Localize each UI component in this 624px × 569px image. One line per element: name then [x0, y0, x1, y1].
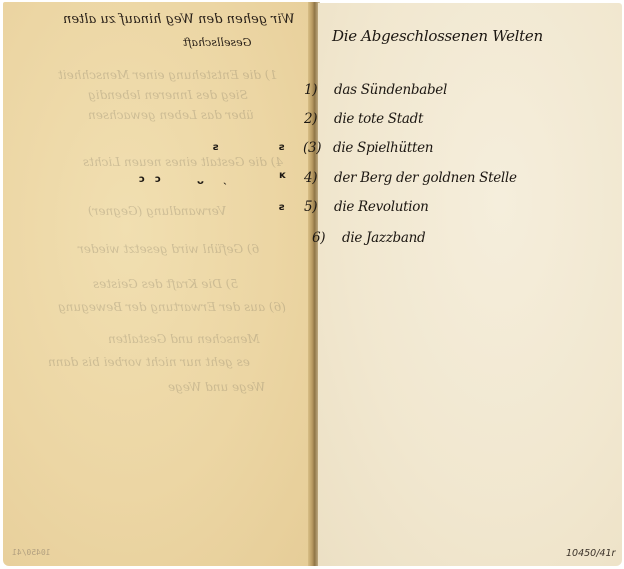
ink-mark: ƨ: [213, 142, 219, 153]
mirrored-heading-line-1: Wir gehen den Weg hinauf zu alten: [63, 12, 295, 27]
bleed-line: 5) Die Kraft des Geistes: [93, 277, 238, 291]
bleed-line: Wege und Wege: [168, 380, 265, 394]
bleed-line: Verwandlung (Gegner): [88, 204, 226, 218]
archive-stamp-left: 10450/41: [12, 548, 51, 557]
ink-mark: ɔ: [155, 174, 161, 185]
bleed-line: Sieg des Inneren lebendig: [88, 88, 248, 102]
manuscript-scan: Wir gehen den Weg hinauf zu alten Gesell…: [0, 0, 624, 569]
bleed-line: 4) die Gestalt eines neuen Lichts: [83, 155, 283, 169]
archive-number: 10450/41r: [566, 548, 615, 559]
page-title: Die Abgeschlossenen Welten: [332, 27, 543, 45]
ink-mark: ƨ: [279, 142, 285, 153]
list-item: (3) die Spielhütten: [303, 140, 433, 156]
bleed-line: Menschen und Gestalten: [108, 332, 260, 346]
bleed-line: (6) aus der Erwartung der Bewegung: [58, 300, 286, 314]
bleed-line: es geht nur nicht vorbei bis dann: [48, 355, 250, 369]
left-page: Wir gehen den Weg hinauf zu alten Gesell…: [3, 2, 311, 566]
list-text: der Berg der goldnen Stelle: [334, 170, 517, 186]
bleed-line: 6) Gefühl wird gesetzt wieder: [78, 242, 259, 256]
ink-mark: ɔ: [139, 174, 145, 185]
ink-mark: ˎ: [223, 174, 228, 185]
list-number: 2): [304, 111, 330, 127]
list-number: 4): [304, 170, 330, 186]
list-number: 1): [304, 82, 330, 98]
list-text: das Sündenbabel: [334, 82, 447, 98]
list-text: die Jazzband: [342, 230, 425, 246]
list-item: 2) die tote Stadt: [304, 111, 423, 127]
bleed-line: 1) die Entstehung einer Menschheit: [58, 68, 277, 82]
list-number: 5): [304, 199, 330, 215]
ink-mark: ƨ: [279, 202, 285, 213]
bleed-line: über das Leben gewachsen: [88, 108, 254, 122]
list-item: 1) das Sündenbabel: [304, 82, 447, 98]
ink-mark: ᴗ: [197, 176, 204, 187]
list-text: die Spielhütten: [333, 140, 433, 156]
list-number: (3): [303, 140, 329, 156]
list-number: 6): [312, 230, 338, 246]
ink-mark: ᴋ: [279, 170, 286, 181]
list-item: 6) die Jazzband: [312, 230, 425, 246]
list-text: die tote Stadt: [334, 111, 423, 127]
list-item: 5) die Revolution: [304, 199, 429, 215]
mirrored-heading-line-2: Gesellschaft: [183, 36, 251, 49]
list-text: die Revolution: [334, 199, 429, 215]
list-item: 4) der Berg der goldnen Stelle: [304, 170, 517, 186]
